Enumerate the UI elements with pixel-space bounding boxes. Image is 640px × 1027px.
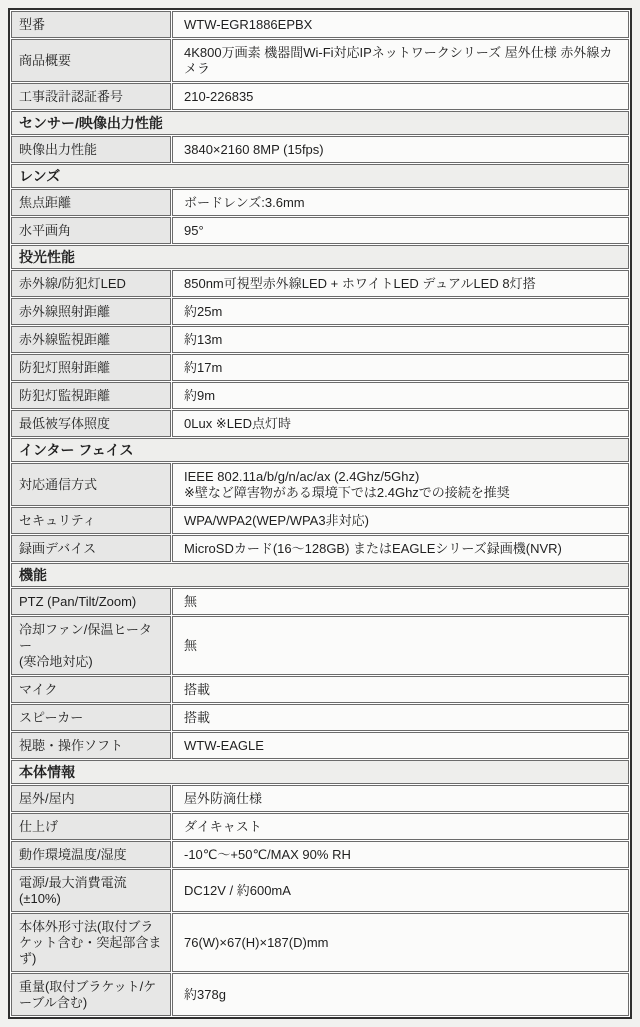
spec-table-body: 型番WTW-EGR1886EPBX商品概要4K800万画素 機器間Wi-Fi対応…	[11, 11, 629, 1016]
spec-label: 視聴・操作ソフト	[11, 732, 171, 759]
section-row: レンズ	[11, 164, 629, 188]
spec-value: 約17m	[172, 354, 629, 381]
spec-label: 最低被写体照度	[11, 410, 171, 437]
table-row: 電源/最大消費電流 (±10%)DC12V / 約600mA	[11, 869, 629, 912]
section-header: 本体情報	[11, 760, 629, 784]
section-header: レンズ	[11, 164, 629, 188]
spec-value: 95°	[172, 217, 629, 244]
spec-label: 電源/最大消費電流 (±10%)	[11, 869, 171, 912]
table-row: 最低被写体照度0Lux ※LED点灯時	[11, 410, 629, 437]
spec-value: 搭載	[172, 704, 629, 731]
spec-value: 76(W)×67(H)×187(D)mm	[172, 913, 629, 972]
spec-label: セキュリティ	[11, 507, 171, 534]
spec-label: 型番	[11, 11, 171, 38]
table-row: セキュリティWPA/WPA2(WEP/WPA3非対応)	[11, 507, 629, 534]
table-row: PTZ (Pan/Tilt/Zoom)無	[11, 588, 629, 615]
table-row: 重量(取付ブラケット/ケーブル含む)約378g	[11, 973, 629, 1016]
table-row: 防犯灯監視距離約9m	[11, 382, 629, 409]
spec-value: -10℃〜+50℃/MAX 90% RH	[172, 841, 629, 868]
table-row: 工事設計認証番号210-226835	[11, 83, 629, 110]
table-row: 水平画角95°	[11, 217, 629, 244]
spec-label: 冷却ファン/保温ヒーター (寒冷地対応)	[11, 616, 171, 675]
spec-label: 対応通信方式	[11, 463, 171, 506]
spec-value: 850nm可視型赤外線LED + ホワイトLED デュアルLED 8灯搭	[172, 270, 629, 297]
spec-label: 録画デバイス	[11, 535, 171, 562]
spec-value: ボードレンズ:3.6mm	[172, 189, 629, 216]
table-row: 商品概要4K800万画素 機器間Wi-Fi対応IPネットワークシリーズ 屋外仕様…	[11, 39, 629, 82]
table-row: 赤外線/防犯灯LED850nm可視型赤外線LED + ホワイトLED デュアルL…	[11, 270, 629, 297]
spec-value: WTW-EAGLE	[172, 732, 629, 759]
section-row: インター フェイス	[11, 438, 629, 462]
spec-label: マイク	[11, 676, 171, 703]
table-row: 赤外線照射距離約25m	[11, 298, 629, 325]
section-header: センサー/映像出力性能	[11, 111, 629, 135]
spec-label: 映像出力性能	[11, 136, 171, 163]
spec-value: ダイキャスト	[172, 813, 629, 840]
table-row: 視聴・操作ソフトWTW-EAGLE	[11, 732, 629, 759]
spec-value: 約9m	[172, 382, 629, 409]
spec-label: 工事設計認証番号	[11, 83, 171, 110]
table-row: 仕上げダイキャスト	[11, 813, 629, 840]
spec-value: 無	[172, 588, 629, 615]
spec-value: 搭載	[172, 676, 629, 703]
spec-label: 赤外線監視距離	[11, 326, 171, 353]
section-row: センサー/映像出力性能	[11, 111, 629, 135]
section-header: 機能	[11, 563, 629, 587]
table-row: スピーカー搭載	[11, 704, 629, 731]
table-row: 動作環境温度/湿度-10℃〜+50℃/MAX 90% RH	[11, 841, 629, 868]
table-row: 録画デバイスMicroSDカード(16〜128GB) またはEAGLEシリーズ録…	[11, 535, 629, 562]
spec-value: DC12V / 約600mA	[172, 869, 629, 912]
spec-label: 仕上げ	[11, 813, 171, 840]
page: 型番WTW-EGR1886EPBX商品概要4K800万画素 機器間Wi-Fi対応…	[0, 0, 640, 1027]
spec-value: 屋外防滴仕様	[172, 785, 629, 812]
spec-label: 商品概要	[11, 39, 171, 82]
section-header: インター フェイス	[11, 438, 629, 462]
spec-value: 210-226835	[172, 83, 629, 110]
table-row: マイク搭載	[11, 676, 629, 703]
table-row: 対応通信方式IEEE 802.11a/b/g/n/ac/ax (2.4Ghz/5…	[11, 463, 629, 506]
spec-value: 0Lux ※LED点灯時	[172, 410, 629, 437]
table-row: 赤外線監視距離約13m	[11, 326, 629, 353]
spec-label: スピーカー	[11, 704, 171, 731]
section-row: 投光性能	[11, 245, 629, 269]
spec-value: MicroSDカード(16〜128GB) またはEAGLEシリーズ録画機(NVR…	[172, 535, 629, 562]
table-row: 焦点距離ボードレンズ:3.6mm	[11, 189, 629, 216]
spec-value: 3840×2160 8MP (15fps)	[172, 136, 629, 163]
spec-label: PTZ (Pan/Tilt/Zoom)	[11, 588, 171, 615]
spec-label: 水平画角	[11, 217, 171, 244]
spec-table: 型番WTW-EGR1886EPBX商品概要4K800万画素 機器間Wi-Fi対応…	[8, 8, 632, 1019]
spec-value: 無	[172, 616, 629, 675]
table-row: 本体外形寸法(取付ブラケット含む・突起部含まず)76(W)×67(H)×187(…	[11, 913, 629, 972]
spec-label: 屋外/屋内	[11, 785, 171, 812]
section-row: 本体情報	[11, 760, 629, 784]
table-row: 防犯灯照射距離約17m	[11, 354, 629, 381]
table-row: 冷却ファン/保温ヒーター (寒冷地対応)無	[11, 616, 629, 675]
spec-label: 焦点距離	[11, 189, 171, 216]
spec-value: 4K800万画素 機器間Wi-Fi対応IPネットワークシリーズ 屋外仕様 赤外線…	[172, 39, 629, 82]
spec-label: 防犯灯監視距離	[11, 382, 171, 409]
spec-value: 約378g	[172, 973, 629, 1016]
spec-label: 防犯灯照射距離	[11, 354, 171, 381]
spec-label: 赤外線照射距離	[11, 298, 171, 325]
table-row: 屋外/屋内屋外防滴仕様	[11, 785, 629, 812]
section-row: 機能	[11, 563, 629, 587]
spec-label: 本体外形寸法(取付ブラケット含む・突起部含まず)	[11, 913, 171, 972]
spec-value: IEEE 802.11a/b/g/n/ac/ax (2.4Ghz/5Ghz) ※…	[172, 463, 629, 506]
section-header: 投光性能	[11, 245, 629, 269]
spec-label: 重量(取付ブラケット/ケーブル含む)	[11, 973, 171, 1016]
spec-label: 動作環境温度/湿度	[11, 841, 171, 868]
spec-value: WPA/WPA2(WEP/WPA3非対応)	[172, 507, 629, 534]
spec-value: 約25m	[172, 298, 629, 325]
spec-value: 約13m	[172, 326, 629, 353]
table-row: 型番WTW-EGR1886EPBX	[11, 11, 629, 38]
spec-label: 赤外線/防犯灯LED	[11, 270, 171, 297]
table-row: 映像出力性能3840×2160 8MP (15fps)	[11, 136, 629, 163]
spec-value: WTW-EGR1886EPBX	[172, 11, 629, 38]
